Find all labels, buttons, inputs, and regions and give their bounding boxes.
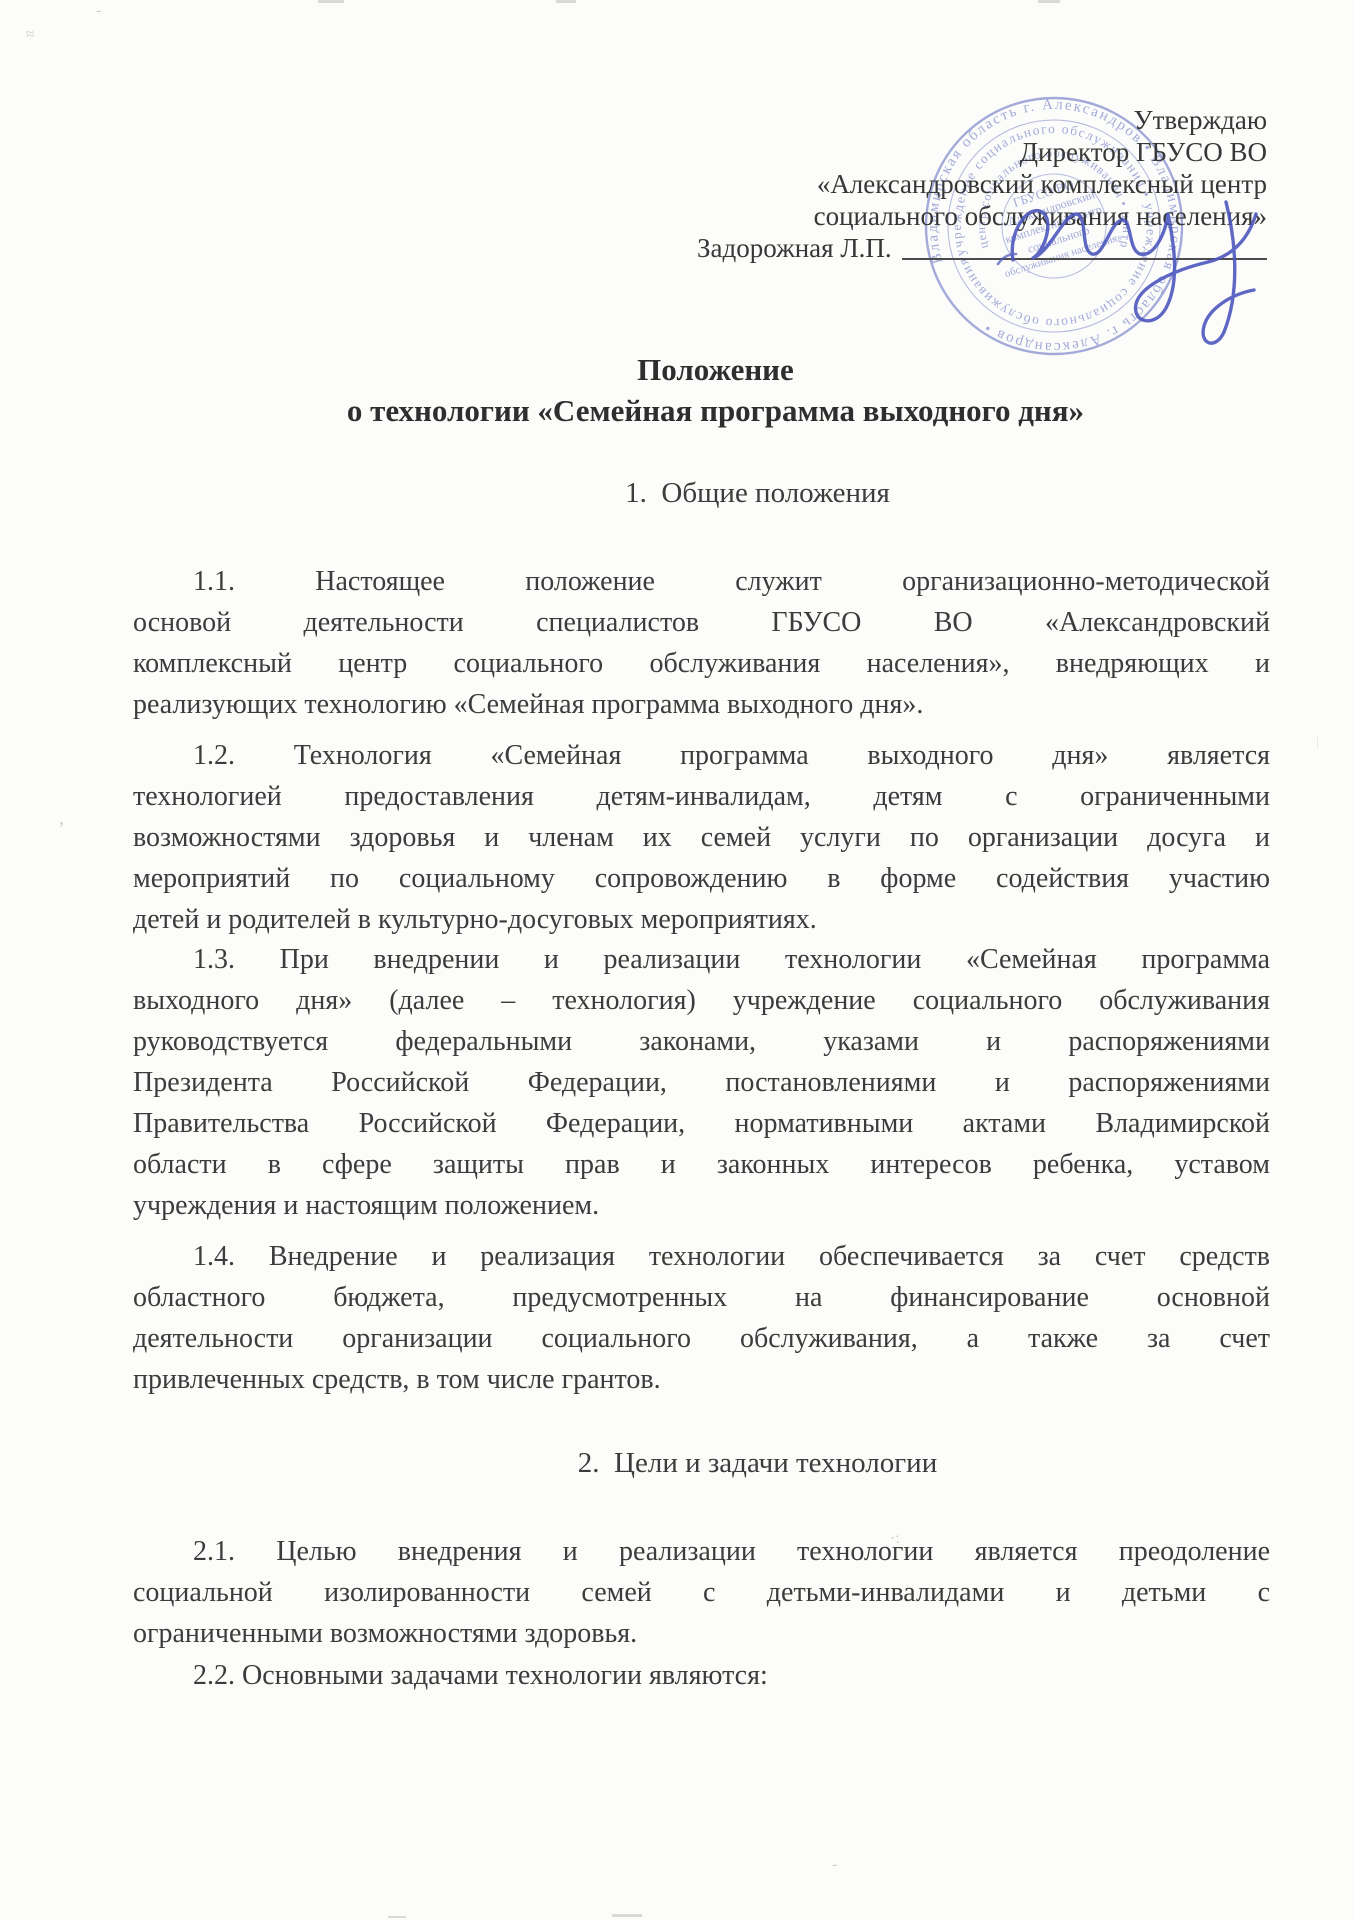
text-line: привлеченных средств, в том числе гранто… bbox=[133, 1359, 1270, 1400]
scan-artifact: ·: bbox=[889, 1530, 900, 1549]
paragraph-1-2: 1.2. Технология «Семейная программа выхо… bbox=[133, 735, 1270, 940]
title-line-2: о технологии «Семейная программа выходно… bbox=[147, 390, 1284, 431]
text-line: руководствуется федеральными законами, у… bbox=[133, 1021, 1270, 1062]
signature-scribble bbox=[978, 160, 1308, 360]
paragraph-1-3: 1.3. При внедрении и реализации технолог… bbox=[133, 939, 1270, 1226]
text-line: 1.1. Настоящее положение служит организа… bbox=[133, 561, 1270, 602]
text-line: 2.2. Основными задачами технологии являю… bbox=[133, 1655, 1270, 1696]
text-line: областного бюджета, предусмотренных на ф… bbox=[133, 1277, 1270, 1318]
text-line: социальной изолированности семей с детьм… bbox=[133, 1572, 1270, 1613]
scan-artifact: - bbox=[96, 2, 101, 20]
text-line: 1.3. При внедрении и реализации технолог… bbox=[133, 939, 1270, 980]
paragraph-2-1: 2.1. Целью внедрения и реализации технол… bbox=[133, 1531, 1270, 1654]
scan-artifact bbox=[1038, 0, 1060, 3]
text-line: детей и родителей в культурно-досуговых … bbox=[133, 899, 1270, 940]
scan-artifact: ’ bbox=[58, 818, 65, 841]
paragraph-1-4: 1.4. Внедрение и реализация технологии о… bbox=[133, 1236, 1270, 1400]
scan-artifact bbox=[556, 0, 576, 3]
scan-artifact: | bbox=[1316, 735, 1319, 751]
paragraph-2-2: 2.2. Основными задачами технологии являю… bbox=[133, 1655, 1270, 1696]
paragraph-1-1: 1.1. Настоящее положение служит организа… bbox=[133, 561, 1270, 725]
text-line: реализующих технологию «Семейная програм… bbox=[133, 684, 1270, 725]
text-line: возможностями здоровья и членам их семей… bbox=[133, 817, 1270, 858]
director-name: Задорожная Л.П. bbox=[697, 232, 892, 264]
text-line: 1.2. Технология «Семейная программа выхо… bbox=[133, 735, 1270, 776]
text-line: 2.1. Целью внедрения и реализации технол… bbox=[133, 1531, 1270, 1572]
text-line: технологией предоставления детям-инвалид… bbox=[133, 776, 1270, 817]
scan-artifact: - bbox=[832, 1856, 837, 1874]
text-line: основой деятельности специалистов ГБУСО … bbox=[133, 602, 1270, 643]
text-line: Правительства Российской Федерации, норм… bbox=[133, 1103, 1270, 1144]
text-line: деятельности организации социального обс… bbox=[133, 1318, 1270, 1359]
scan-artifact: ≈ bbox=[25, 25, 36, 44]
document-page: Утверждаю Директор ГБУСО ВО «Александров… bbox=[0, 0, 1355, 1920]
text-line: ограниченными возможностями здоровья. bbox=[133, 1613, 1270, 1654]
text-line: 1.4. Внедрение и реализация технологии о… bbox=[133, 1236, 1270, 1277]
text-line: комплексный центр социального обслуживан… bbox=[133, 643, 1270, 684]
scan-artifact bbox=[612, 1914, 642, 1917]
text-line: мероприятий по социальному сопровождению… bbox=[133, 858, 1270, 899]
scan-artifact bbox=[388, 1916, 406, 1918]
approval-line: Утверждаю bbox=[697, 104, 1267, 136]
scan-artifact bbox=[318, 0, 344, 3]
section-heading-1: 1. Общие положения bbox=[189, 473, 1326, 514]
text-line: Президента Российской Федерации, постано… bbox=[133, 1062, 1270, 1103]
text-line: учреждения и настоящим положением. bbox=[133, 1185, 1270, 1226]
text-line: области в сфере защиты прав и законных и… bbox=[133, 1144, 1270, 1185]
signature-stroke bbox=[1012, 202, 1256, 343]
text-line: выходного дня» (далее – технология) учре… bbox=[133, 980, 1270, 1021]
section-heading-2: 2. Цели и задачи технологии bbox=[189, 1443, 1326, 1484]
